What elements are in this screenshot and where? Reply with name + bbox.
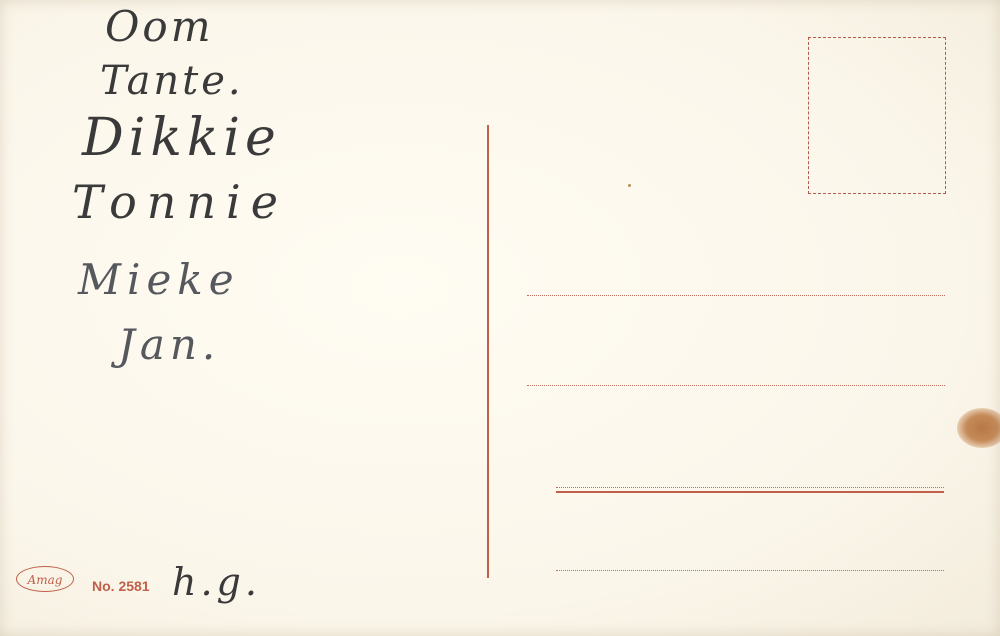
handwritten-name: Dikkie (82, 108, 281, 168)
address-line (527, 385, 945, 386)
handwritten-name: Oom (105, 2, 214, 51)
address-underline (556, 491, 944, 493)
handwritten-name: Tonnie (72, 175, 288, 229)
address-line (556, 487, 944, 488)
handwritten-name: Jan. (118, 320, 220, 369)
publisher-logo: Amag (16, 566, 74, 592)
paper-stain (957, 408, 1000, 448)
paper-fleck (628, 184, 631, 187)
card-number: No. 2581 (92, 578, 150, 594)
signature: h.g. (172, 560, 261, 604)
handwritten-name: Tante. (100, 58, 244, 104)
stamp-box (808, 37, 946, 194)
address-line (556, 570, 944, 571)
handwritten-name: Mieke (78, 255, 240, 304)
postcard-back: Oom Tante. Dikkie Tonnie Mieke Jan. Amag… (0, 0, 1000, 636)
address-line (527, 295, 945, 296)
center-divider (487, 125, 489, 578)
